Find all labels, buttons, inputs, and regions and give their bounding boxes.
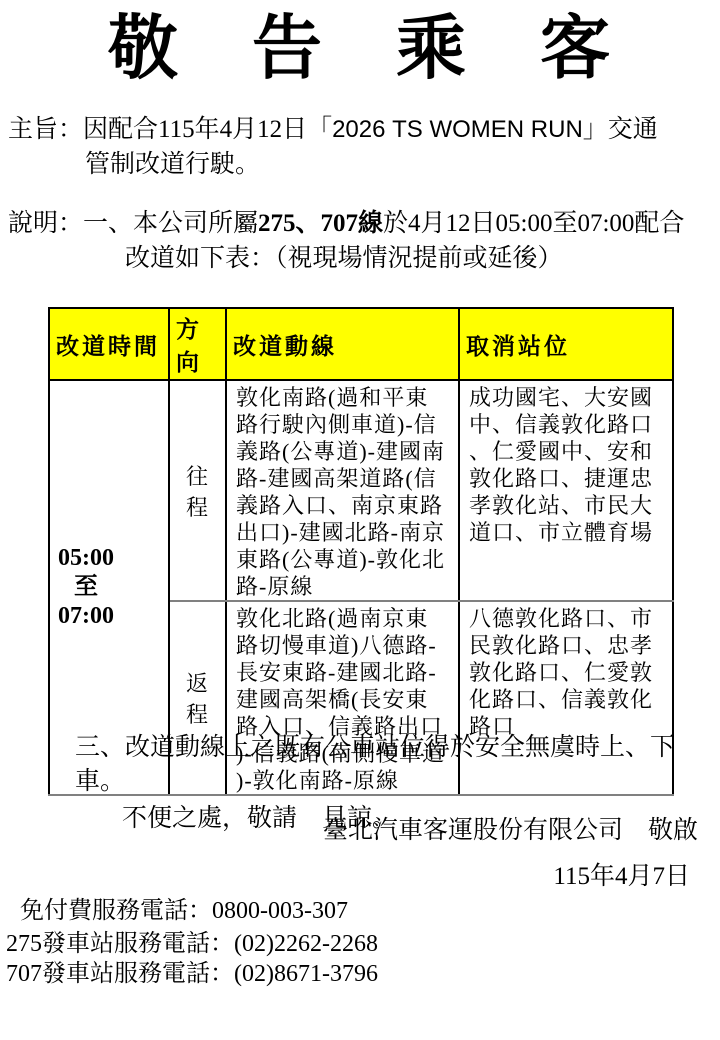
notice-title: 敬 告 乘 客: [0, 0, 720, 100]
toll-free-phone: 免付費服務電話：0800-003-307: [20, 896, 378, 926]
subject-suffix: 」交通: [583, 116, 658, 143]
route-numbers: 275、707線: [258, 210, 383, 237]
subject-prefix: 主旨：因配合115年4月12日「: [8, 116, 332, 143]
table-row-outbound: 05:00 至 07:00 往程 敦化南路(過和平東路行駛內側車道)-信義路(公…: [49, 380, 673, 601]
notice-page: 敬 告 乘 客 主旨：因配合115年4月12日「2026 TS WOMEN RU…: [0, 0, 720, 1040]
route-707-phone: 707發車站服務電話：(02)8671-3796: [6, 959, 378, 989]
header-cancelled-stops: 取消站位: [459, 308, 673, 380]
time-to: 07:00: [58, 602, 114, 631]
header-detour-time: 改道時間: [49, 308, 169, 380]
subject-section: 主旨：因配合115年4月12日「2026 TS WOMEN RUN」交通 管制改…: [8, 112, 716, 182]
detour-table: 改道時間 方向 改道動線 取消站位 05:00 至 07:00 往程 敦化南路(…: [48, 307, 674, 796]
explanation-suffix: 於4月12日05:00至07:00配合: [383, 210, 684, 237]
signature-company: 臺北汽車客運股份有限公司 敬啟: [323, 810, 698, 846]
route-275-phone: 275發車站服務電話：(02)2262-2268: [6, 929, 378, 959]
subject-line-2: 管制改道行駛。: [85, 147, 716, 182]
cancelled-stops-cell-outbound: 成功國宅、大安國中、信義敦化路口、仁愛國中、安和敦化路口、捷運忠孝敦化站、市民大…: [459, 380, 673, 601]
explanation-prefix: 說明：一、本公司所屬: [8, 210, 258, 237]
time-separator: 至: [58, 573, 114, 602]
explanation-section: 說明：一、本公司所屬275、707線於4月12日05:00至07:00配合 改道…: [8, 206, 716, 276]
header-detour-route: 改道動線: [226, 308, 459, 380]
explanation-line-2: 改道如下表：（視現場情況提前或延後）: [125, 241, 716, 276]
header-direction: 方向: [169, 308, 226, 380]
time-from: 05:00: [58, 544, 114, 573]
note-line-1: 三、改道動線上之既有公車站位得於安全無虞時上、下車。: [75, 731, 720, 799]
route-cell-outbound: 敦化南路(過和平東路行駛內側車道)-信義路(公專道)-建國南路-建國高架道路(信…: [226, 380, 459, 601]
time-block: 05:00 至 07:00: [58, 544, 114, 631]
contacts-section: 免付費服務電話：0800-003-307 275發車站服務電話：(02)2262…: [0, 896, 378, 989]
explanation-line-1: 說明：一、本公司所屬275、707線於4月12日05:00至07:00配合: [8, 206, 716, 241]
signature-date: 115年4月7日: [553, 856, 690, 892]
event-name: 2026 TS WOMEN RUN: [332, 116, 583, 143]
direction-cell-outbound: 往程: [169, 380, 226, 601]
table-header-row: 改道時間 方向 改道動線 取消站位: [49, 308, 673, 380]
subject-line-1: 主旨：因配合115年4月12日「2026 TS WOMEN RUN」交通: [8, 112, 716, 147]
